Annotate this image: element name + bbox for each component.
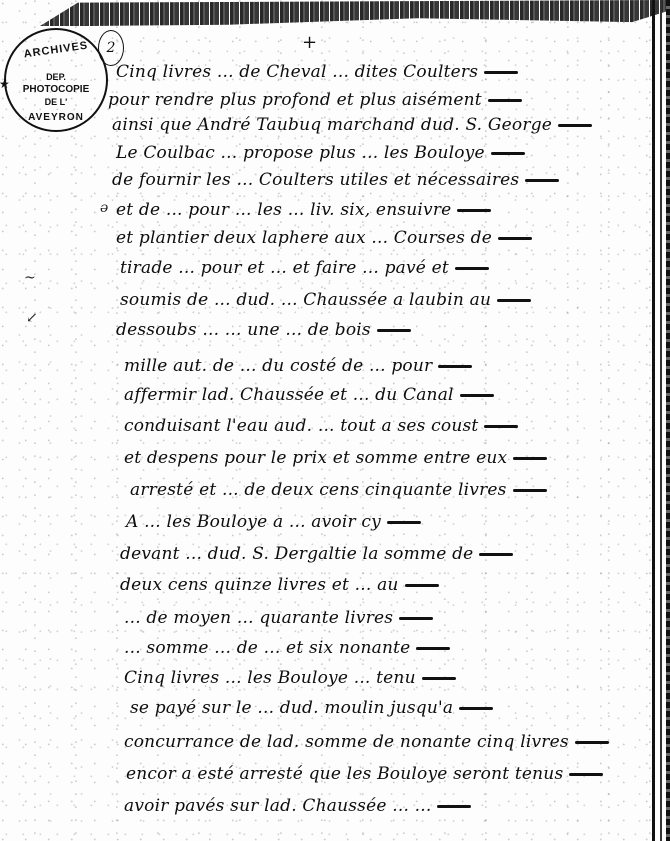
manuscript-line-text: arresté et ... de deux cens cinquante li… [130,480,507,500]
manuscript-line-text: devant ... dud. S. Dergaltie la somme de [120,544,473,564]
manuscript-line-text: de fournir les ... Coulters utiles et né… [112,170,519,190]
manuscript-line-text: et despens pour le prix et somme entre e… [124,448,507,468]
manuscript-line-text: ainsi que André Taubuq marchand dud. S. … [112,115,552,135]
manuscript-page: ★ ARCHIVES DEP. PHOTOCOPIE DE L' AVEYRON… [0,0,670,841]
line-filler-dash [525,179,559,182]
manuscript-line-text: tirade ... pour et ... et faire ... pavé… [120,258,449,278]
line-filler-dash [513,457,547,460]
manuscript-line-text: affermir lad. Chaussée et ... du Canal [124,385,454,405]
manuscript-line-text: ... de moyen ... quarante livres [124,608,393,628]
stamp-de-text: DE L' [6,97,106,107]
manuscript-line: et plantier deux laphere aux ... Courses… [116,228,532,248]
stamp-dep-text: DEP. [6,72,106,82]
line-filler-dash [387,521,421,524]
manuscript-line: et despens pour le prix et somme entre e… [124,448,547,468]
line-filler-dash [377,329,411,332]
line-filler-dash [497,299,531,302]
manuscript-line: pour rendre plus profond et plus aisémen… [108,90,522,110]
line-filler-dash [457,209,491,212]
binding-edge [666,0,670,841]
manuscript-line: ... somme ... de ... et six nonante [124,638,450,658]
line-filler-dash [437,805,471,808]
line-filler-dash [484,71,518,74]
manuscript-line: Le Coulbac ... propose plus ... les Boul… [116,143,525,163]
line-filler-dash [479,553,513,556]
manuscript-line: de fournir les ... Coulters utiles et né… [112,170,559,190]
manuscript-line-text: et de ... pour ... les ... liv. six, ens… [116,200,451,220]
manuscript-line-text: Cinq livres ... de Cheval ... dites Coul… [116,62,478,82]
line-filler-dash [484,425,518,428]
manuscript-line: Cinq livres ... les Bouloye ... tenu [124,668,456,688]
manuscript-line-text: ... somme ... de ... et six nonante [124,638,410,658]
line-filler-dash [575,741,609,744]
manuscript-line-text: deux cens quinze livres et ... au [120,575,399,595]
manuscript-line: Cinq livres ... de Cheval ... dites Coul… [116,62,518,82]
binding-edge [652,0,655,841]
line-filler-dash [416,647,450,650]
margin-mark: ~ [24,270,36,286]
manuscript-line: affermir lad. Chaussée et ... du Canal [124,385,494,405]
manuscript-line: avoir pavés sur lad. Chaussée ... ... [124,796,471,816]
line-filler-dash [422,677,456,680]
manuscript-line: deux cens quinze livres et ... au [120,575,439,595]
line-filler-dash [558,124,592,127]
manuscript-line: se payé sur le ... dud. moulin jusqu'a [130,698,493,718]
manuscript-line: devant ... dud. S. Dergaltie la somme de [120,544,513,564]
margin-mark: ↙ [26,310,38,326]
manuscript-line-text: soumis de ... dud. ... Chaussée a laubin… [120,290,491,310]
stamp-photocopie-text: PHOTOCOPIE [6,84,106,95]
line-filler-dash [513,489,547,492]
line-filler-dash [459,707,493,710]
manuscript-line: conduisant l'eau aud. ... tout a ses cou… [124,416,518,436]
manuscript-line-text: encor a esté arresté que les Bouloye ser… [126,764,563,784]
folio-number: 2 [98,30,124,66]
manuscript-line-text: et plantier deux laphere aux ... Courses… [116,228,492,248]
manuscript-line-text: avoir pavés sur lad. Chaussée ... ... [124,796,431,816]
margin-mark: ǝ [100,200,108,216]
manuscript-line: ... de moyen ... quarante livres [124,608,433,628]
stamp-top-text: ARCHIVES [6,37,107,63]
archive-stamp: ★ ARCHIVES DEP. PHOTOCOPIE DE L' AVEYRON [4,28,108,132]
manuscript-line: dessoubs ... ... une ... de bois [116,320,411,340]
binding-edge [660,0,662,841]
line-filler-dash [569,773,603,776]
manuscript-line-text: dessoubs ... ... une ... de bois [116,320,371,340]
line-filler-dash [438,365,472,368]
manuscript-line: tirade ... pour et ... et faire ... pavé… [120,258,489,278]
manuscript-line-text: A ... les Bouloye a ... avoir cy [126,512,381,532]
manuscript-line-text: pour rendre plus profond et plus aisémen… [108,90,482,110]
line-filler-dash [488,99,522,102]
manuscript-line: concurrance de lad. somme de nonante cin… [124,732,609,752]
page-top-edge [40,0,670,26]
line-filler-dash [460,394,494,397]
manuscript-line: ainsi que André Taubuq marchand dud. S. … [112,115,592,135]
manuscript-line-text: conduisant l'eau aud. ... tout a ses cou… [124,416,478,436]
cross-mark: + [302,32,317,53]
stamp-bottom-text: AVEYRON [6,112,106,123]
manuscript-line: mille aut. de ... du costé de ... pour [124,356,472,376]
line-filler-dash [399,617,433,620]
manuscript-line-text: mille aut. de ... du costé de ... pour [124,356,432,376]
line-filler-dash [491,152,525,155]
manuscript-line-text: concurrance de lad. somme de nonante cin… [124,732,569,752]
manuscript-line-text: se payé sur le ... dud. moulin jusqu'a [130,698,453,718]
manuscript-line: soumis de ... dud. ... Chaussée a laubin… [120,290,531,310]
manuscript-line: et de ... pour ... les ... liv. six, ens… [116,200,491,220]
manuscript-line-text: Le Coulbac ... propose plus ... les Boul… [116,143,485,163]
line-filler-dash [455,267,489,270]
manuscript-line: A ... les Bouloye a ... avoir cy [126,512,421,532]
manuscript-line: encor a esté arresté que les Bouloye ser… [126,764,603,784]
manuscript-line: arresté et ... de deux cens cinquante li… [130,480,547,500]
line-filler-dash [498,237,532,240]
manuscript-line-text: Cinq livres ... les Bouloye ... tenu [124,668,416,688]
line-filler-dash [405,584,439,587]
